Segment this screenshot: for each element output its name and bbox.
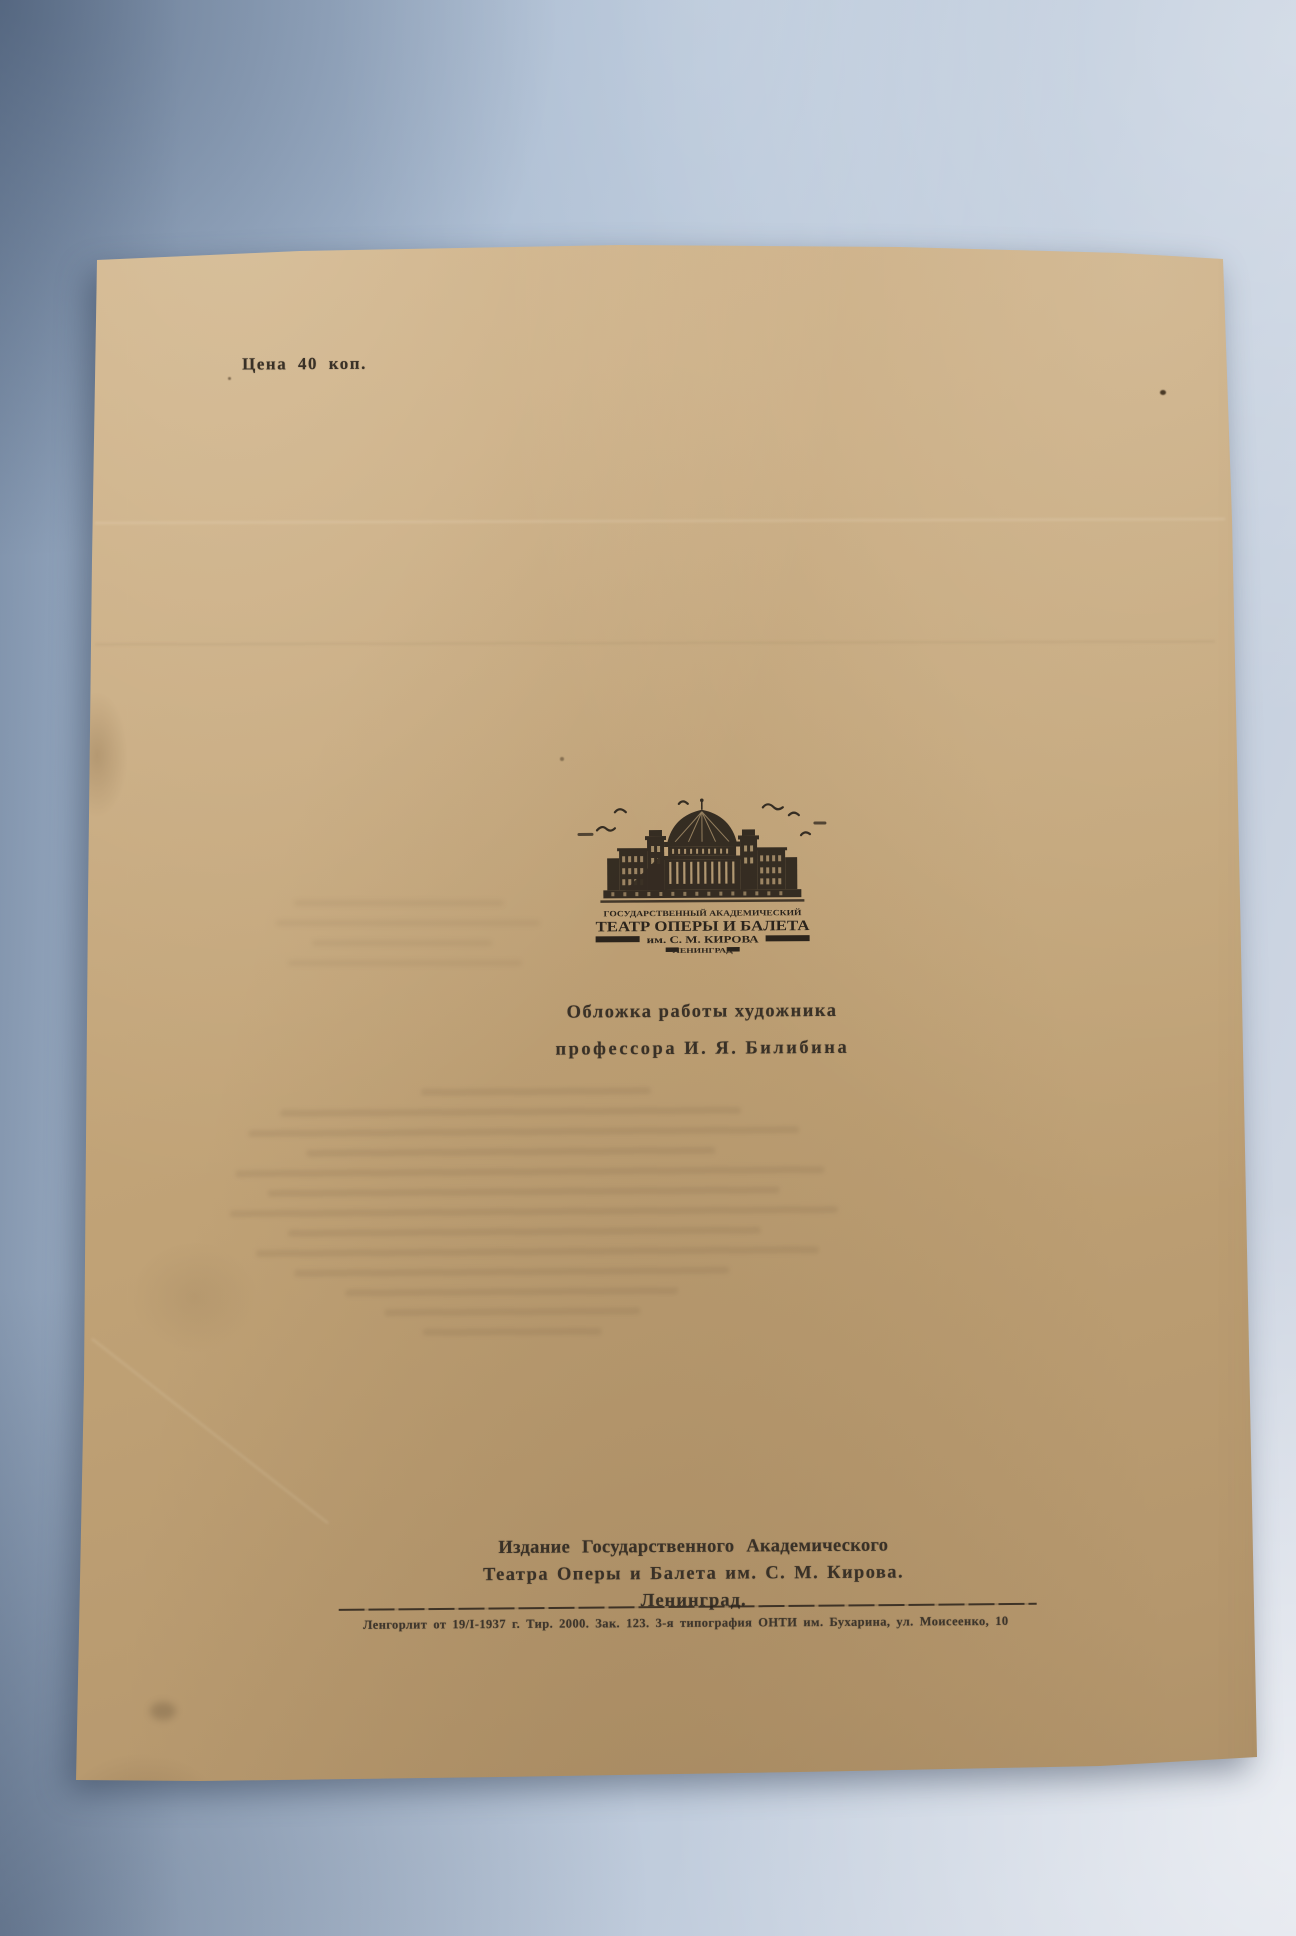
emblem-ornament-bar	[596, 936, 640, 942]
printed-content-layer: Цена 40 коп.	[0, 0, 1296, 1936]
paper-shadow-layer: Цена 40 коп.	[0, 0, 1296, 1936]
price-note: Цена 40 коп.	[242, 354, 367, 375]
emblem-named-after-line: им. С. М. КИРОВА	[647, 934, 760, 946]
imprint-line3: Ленинград.	[432, 1586, 956, 1616]
kirov-theater-emblem: ГОСУДАРСТВЕННЫЙ АКАДЕМИЧЕСКИЙ ТЕАТР ОПЕР…	[567, 795, 838, 965]
cover-artist-credit: Обложка работы художника профессора И. Я…	[520, 993, 884, 1069]
emblem-org-line: ГОСУДАРСТВЕННЫЙ АКАДЕМИЧЕСКИЙ	[603, 908, 802, 918]
artist-credit-line2: профессора И. Я. Билибина	[520, 1030, 884, 1069]
emblem-lettering: ГОСУДАРСТВЕННЫЙ АКАДЕМИЧЕСКИЙ ТЕАТР ОПЕР…	[595, 908, 810, 955]
artist-credit-line1: Обложка работы художника	[520, 993, 884, 1032]
emblem-theater-line: ТЕАТР ОПЕРЫ И БАЛЕТА	[596, 918, 811, 935]
theater-building-icon	[579, 798, 826, 903]
colophon-text: Ленгорлит от 19/I-1937 г. Тир. 2000. Зак…	[132, 1612, 1240, 1634]
imprint-line2: Театра Оперы и Балета им. С. М. Кирова.	[431, 1559, 955, 1589]
imprint-line1: Издание Государственного Академического	[431, 1532, 955, 1562]
emblem-ornament-bar	[766, 935, 810, 941]
program-back-cover: Цена 40 коп.	[0, 0, 1296, 1936]
emblem-city-line: ЛЕНИНГРАД	[673, 947, 733, 955]
